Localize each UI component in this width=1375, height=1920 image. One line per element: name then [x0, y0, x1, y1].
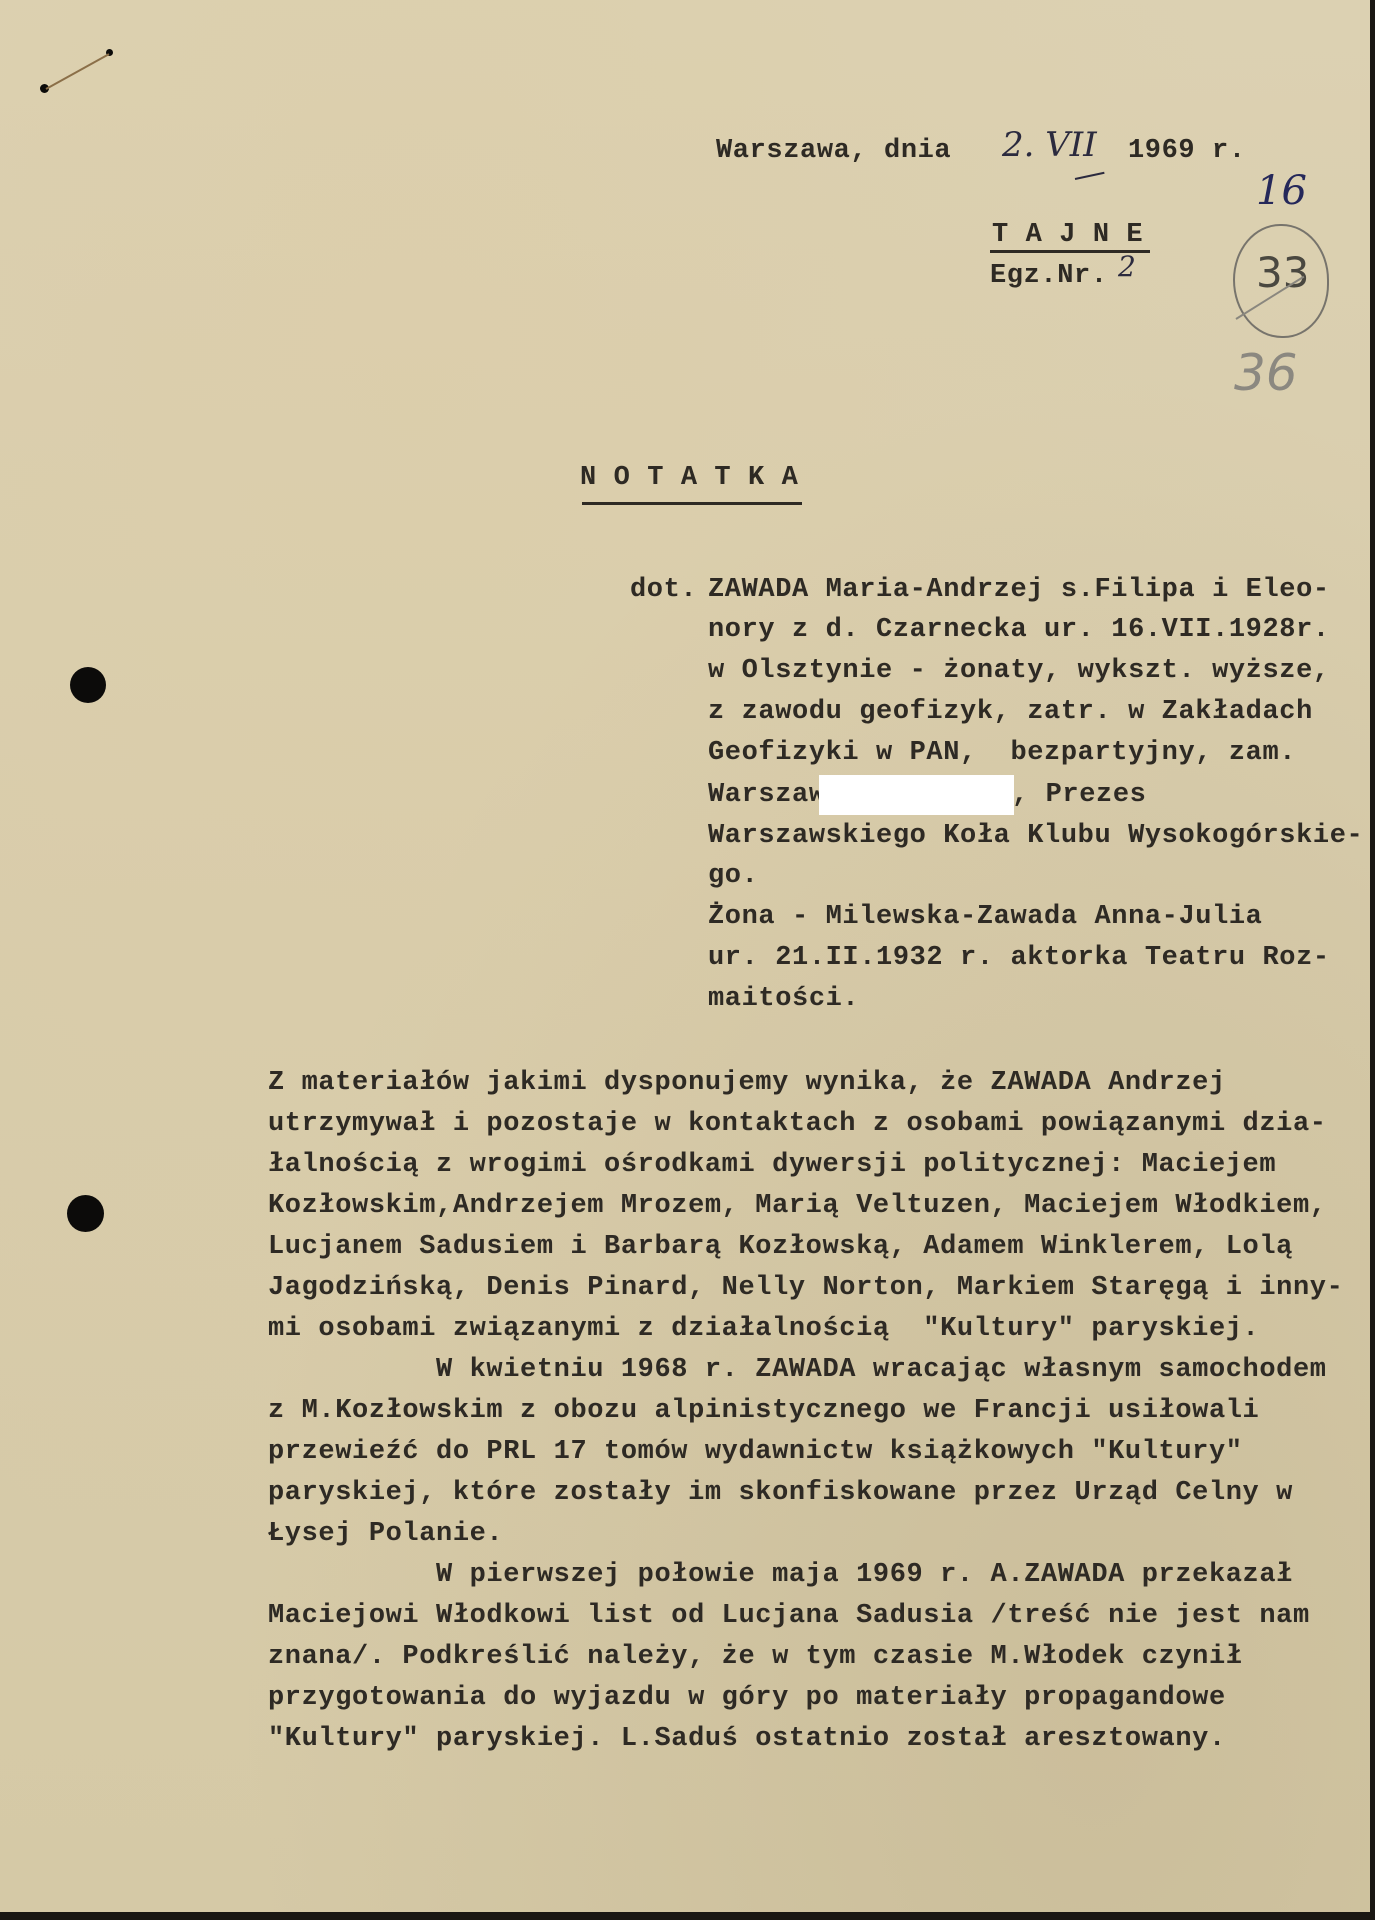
punch-hole-icon: [67, 1195, 104, 1232]
copy-number-label: Egz.Nr.: [990, 256, 1108, 296]
copy-number-value: 2: [1118, 250, 1136, 283]
body-line: "Kultury" paryskiej. L.Saduś ostatnio zo…: [268, 1719, 1226, 1759]
subject-line-suffix: , Prezes: [1012, 775, 1146, 815]
subject-line: ZAWADA Maria-Andrzej s.Filipa i Eleo-: [708, 570, 1330, 610]
subject-prefix: dot.: [630, 570, 697, 610]
body-line: z M.Kozłowskim z obozu alpinistycznego w…: [268, 1391, 1259, 1431]
subject-line: maitości.: [708, 979, 859, 1019]
date-underline-mark: [1075, 172, 1105, 180]
body-line: W pierwszej połowie maja 1969 r. A.ZAWAD…: [268, 1555, 1293, 1595]
body-line: znana/. Podkreślić należy, że w tym czas…: [268, 1637, 1243, 1677]
body-line: przewieźć do PRL 17 tomów wydawnictw ksi…: [268, 1432, 1243, 1472]
body-line: przygotowania do wyjazdu w góry po mater…: [268, 1678, 1226, 1718]
page-title: N O T A T K A: [580, 458, 798, 498]
body-line: mi osobami związanymi z działalnością "K…: [268, 1309, 1259, 1349]
body-line: W kwietniu 1968 r. ZAWADA wracając własn…: [268, 1350, 1327, 1390]
body-line: Lucjanem Sadusiem i Barbarą Kozłowską, A…: [268, 1227, 1293, 1267]
folio-ink-number: 16: [1256, 168, 1307, 214]
place-date-label: Warszawa, dnia: [716, 131, 951, 171]
staple-mark: [46, 53, 110, 90]
subject-line: w Olsztynie - żonaty, wykszt. wyższe,: [708, 651, 1330, 691]
subject-line: z zawodu geofizyk, zatr. w Zakładach: [708, 692, 1313, 732]
title-underline: [582, 502, 802, 505]
classification-label: T A J N E: [992, 215, 1143, 255]
subject-line: Geofizyki w PAN, bezpartyjny, zam.: [708, 733, 1296, 773]
subject-line: Warszawskiego Koła Klubu Wysokogórskie-: [708, 816, 1363, 856]
subject-line: ur. 21.II.1932 r. aktorka Teatru Roz-: [708, 938, 1330, 978]
folio-pencil-number: 36: [1234, 344, 1298, 402]
body-line: Łysej Polanie.: [268, 1514, 503, 1554]
handwritten-date: 2. VII: [1002, 125, 1097, 165]
body-line: łalnością z wrogimi ośrodkami dywersji p…: [268, 1145, 1276, 1185]
subject-line: nory z d. Czarnecka ur. 16.VII.1928r.: [708, 610, 1330, 650]
document-page: Warszawa, dnia 2. VII 1969 r. T A J N E …: [0, 0, 1375, 1912]
punch-hole-icon: [70, 667, 106, 703]
body-line: Maciejowi Włodkowi list od Lucjana Sadus…: [268, 1596, 1310, 1636]
redacted-address: [819, 775, 1014, 815]
body-line: Z materiałów jakimi dysponujemy wynika, …: [268, 1063, 1226, 1103]
subject-line: Żona - Milewska-Zawada Anna-Julia: [708, 897, 1263, 937]
body-line: Kozłowskim,Andrzejem Mrozem, Marią Veltu…: [268, 1186, 1327, 1226]
date-year: 1969 r.: [1128, 131, 1246, 171]
subject-line: go.: [708, 856, 758, 896]
body-line: Jagodzińską, Denis Pinard, Nelly Norton,…: [268, 1268, 1343, 1308]
body-line: paryskiej, które zostały im skonfiskowan…: [268, 1473, 1293, 1513]
body-line: utrzymywał i pozostaje w kontaktach z os…: [268, 1104, 1327, 1144]
